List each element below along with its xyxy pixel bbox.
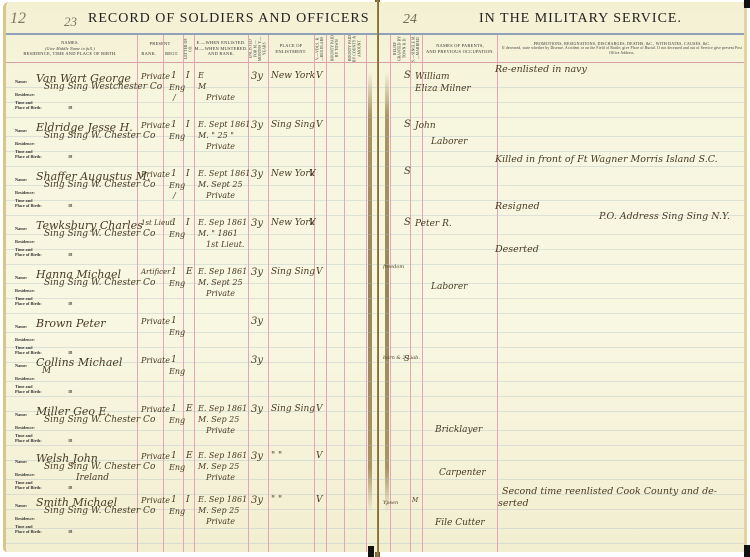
soldier-regt: Eng <box>169 507 185 516</box>
soldier-place: Sing Sing <box>271 267 315 277</box>
parent-name: Eliza Milner <box>415 84 471 94</box>
soldier-vol: V <box>316 267 323 277</box>
soldier-mustered: M. " 25 " <box>198 131 234 140</box>
remarks-entry: freedom Laborer Deserted <box>379 264 747 313</box>
residence-label: Residence: <box>15 337 35 342</box>
soldier-regt: 1 <box>171 355 177 365</box>
soldier-term: 3y <box>251 404 263 415</box>
soldier-birthplace: Ireland <box>76 473 109 483</box>
soldier-regt: 1 <box>171 120 177 130</box>
scan-mark <box>744 545 750 557</box>
parent-name: Peter R. <box>415 219 452 229</box>
soldier-regt: 1 <box>171 267 177 277</box>
soldier-rank: Private <box>141 72 170 81</box>
soldier-rank: Private <box>141 405 170 414</box>
right-page: 24 IN THE MILITARY SERVICE. Relief grant… <box>379 2 747 552</box>
name-label: Name: <box>15 459 27 464</box>
marital-status: S <box>404 217 411 228</box>
soldier-mustered-rank: Private <box>206 473 235 482</box>
soldier-regt: 1 <box>171 404 177 414</box>
soldier-entry: Name: Residence: Time and Place of Birth… <box>6 68 377 117</box>
soldier-term: 3y <box>251 169 263 180</box>
birth-label: Place of Birth: <box>15 203 42 208</box>
soldier-mustered: M <box>198 82 206 91</box>
soldier-vol: V <box>316 120 323 130</box>
soldier-regt: 1 <box>171 495 177 505</box>
soldier-regt: Eng <box>169 367 185 376</box>
remarks-entry: born & 2 Liab. S <box>379 352 747 401</box>
soldier-entry: Name: Residence: Time and Place of Birth… <box>6 492 377 541</box>
year-prefix: 18 <box>68 529 72 534</box>
when-enlisted-header: E.—WHEN ENLISTED. M.—WHEN MUSTERED. AND … <box>194 35 248 62</box>
soldier-rank: Private <box>141 356 170 365</box>
soldier-company: I <box>186 218 190 228</box>
soldier-regt: 1 <box>171 169 177 179</box>
service-remark: serted <box>498 498 529 509</box>
relief-note: freedom <box>383 264 404 270</box>
remarks-entry: Ypsen M File Cutter Second time reenlist… <box>379 492 747 541</box>
soldier-regt: Eng <box>169 132 185 141</box>
name-label: Name: <box>15 363 27 368</box>
previous-occupation: File Cutter <box>435 518 485 528</box>
present-header: PRESENT <box>137 41 183 47</box>
soldier-entry: Name: Residence: Time and Place of Birth… <box>6 117 377 166</box>
residence-label: Residence: <box>15 425 35 430</box>
soldier-entry: Name: Residence: Time and Place of Birth… <box>6 401 377 450</box>
birth-label: Place of Birth: <box>15 252 42 257</box>
remarks-entry: S William Eliza Milner Re-enlisted in na… <box>379 68 747 117</box>
ledger-spread: 12 23 RECORD OF SOLDIERS AND OFFICERS NA… <box>0 0 750 557</box>
marital-status: S <box>404 70 411 81</box>
soldier-mustered: M. Sep 25 <box>198 462 239 471</box>
residence-label: Residence: <box>15 376 35 381</box>
name-label: Name: <box>15 226 27 231</box>
soldier-vol: V <box>316 451 323 461</box>
page-scribble: 23 <box>64 14 77 30</box>
soldier-company: E <box>186 267 193 277</box>
soldier-residence: M <box>42 366 51 376</box>
soldier-company: I <box>186 169 190 179</box>
soldier-company: I <box>186 71 190 81</box>
service-remark: Deserted <box>495 244 539 255</box>
birth-label: Place of Birth: <box>15 154 42 159</box>
birth-label: Place of Birth: <box>15 529 42 534</box>
soldier-regt: 1 <box>171 218 177 228</box>
soldier-residence: Sing Sing W. Chester Co <box>44 131 155 141</box>
soldier-entry: Name: Residence: Time and Place of Birth… <box>6 448 377 497</box>
soldier-vol: V <box>309 169 316 179</box>
year-prefix: 18 <box>68 252 72 257</box>
previous-occupation: Laborer <box>431 137 467 147</box>
soldier-entry: Name: Residence: Time and Place of Birth… <box>6 352 377 401</box>
soldier-regt: Eng <box>169 279 185 288</box>
previous-occupation: Bricklayer <box>435 425 482 435</box>
header-bottom-rule <box>6 62 377 63</box>
name-label: Name: <box>15 79 27 84</box>
residence-label: Residence: <box>15 516 35 521</box>
soldier-company: E <box>186 451 193 461</box>
enlisted-for-header: Enlisted for M.—Months Y.—Years <box>249 35 267 62</box>
rank-header: RANK. <box>141 51 156 57</box>
soldier-residence: Sing Sing W. Chester Co <box>44 229 155 239</box>
soldier-place: " " <box>271 451 282 461</box>
year-prefix: 18 <box>68 105 72 110</box>
residence-label: Residence: <box>15 92 35 97</box>
soldier-regt: 1 <box>171 71 177 81</box>
soldier-regt: 1 <box>171 451 177 461</box>
name-label: Name: <box>15 275 27 280</box>
soldier-rank: Private <box>141 452 170 461</box>
names-header-desc: RESIDENCE, TIME AND PLACE OF BIRTH. <box>6 51 134 57</box>
parent-name: William <box>415 72 450 82</box>
page-number: 24 <box>403 12 417 28</box>
soldier-rank: Private <box>141 121 170 130</box>
soldier-place: " " <box>271 495 282 505</box>
soldier-regt: / <box>173 191 176 200</box>
soldier-mustered-rank: Private <box>206 142 235 151</box>
soldier-term: 3y <box>251 495 263 506</box>
soldier-regt: Eng <box>169 328 185 337</box>
previous-occupation: Laborer <box>431 282 467 292</box>
marital-status: S <box>404 166 411 177</box>
occupation-header: AND PREVIOUS OCCUPATION. <box>423 49 497 55</box>
marital-status: S <box>404 354 409 363</box>
remarks-entry: Bricklayer <box>379 401 747 450</box>
regt-header: REGT. <box>165 51 179 57</box>
soldier-regt: / <box>173 93 176 102</box>
birth-label: Place of Birth: <box>15 105 42 110</box>
soldier-residence: Sing Sing W. Chester Co <box>44 278 155 288</box>
soldier-enlisted: E. Sep 1861 <box>198 495 247 504</box>
soldier-name: Brown Peter <box>36 317 106 330</box>
residence-label: Residence: <box>15 190 35 195</box>
soldier-rank: Private <box>141 170 170 179</box>
and-rank-line: AND RANK. <box>194 51 248 57</box>
soldier-company: I <box>186 120 190 130</box>
name-label: Name: <box>15 324 27 329</box>
service-remark: Re-enlisted in navy <box>495 64 587 75</box>
year-prefix: 18 <box>68 438 72 443</box>
page-title: RECORD OF SOLDIERS AND OFFICERS <box>88 11 370 27</box>
year-prefix: 18 <box>68 389 72 394</box>
soldier-regt: Eng <box>169 230 185 239</box>
soldier-enlisted: E. Sep 1861 <box>198 267 247 276</box>
soldier-vol: V <box>309 218 316 228</box>
year-prefix: 18 <box>68 154 72 159</box>
soldier-enlisted: E. Sept 1861 <box>198 169 250 178</box>
place-of-enlistment-header: PLACE OF ENLISTMENT. <box>268 35 314 62</box>
vols-regulars-header: V.—Vols. R.—Regulars <box>314 35 326 62</box>
soldier-rank: Artificer <box>141 268 171 276</box>
single-married-header: S.—Single M.—Married <box>410 35 422 62</box>
year-prefix: 18 <box>68 301 72 306</box>
soldier-vol: V <box>316 495 323 505</box>
soldier-term: 3y <box>251 218 263 229</box>
soldier-regt: Eng <box>169 416 185 425</box>
present-column-header: PRESENT RANK. REGT. <box>137 35 183 62</box>
soldier-term: 3y <box>251 355 263 366</box>
soldier-mustered: M. " 1861 <box>198 229 238 238</box>
soldier-rank: 1st Lieut <box>141 219 172 227</box>
service-remark: Killed in front of Ft Wagner Morris Isla… <box>495 154 718 165</box>
scan-mark <box>368 546 374 557</box>
relief-note: Ypsen <box>383 500 398 506</box>
name-label: Name: <box>15 412 27 417</box>
soldier-entry: Name: Residence: Time and Place of Birth… <box>6 264 377 313</box>
soldier-mustered-rank: 1st Lieut. <box>206 240 244 249</box>
place-header-2: ENLISTMENT. <box>268 49 314 55</box>
promotions-instructions: If deceased, state whether by Disease, A… <box>497 46 747 55</box>
soldier-mustered: M. Sep 25 <box>198 415 239 424</box>
soldier-mustered-rank: Private <box>206 191 235 200</box>
bounty-town-header: Bounty Paid by Town <box>326 35 344 62</box>
soldier-mustered: M. Sept 25 <box>198 180 243 189</box>
name-label: Name: <box>15 177 27 182</box>
name-label: Name: <box>15 503 27 508</box>
soldier-place: New York <box>271 71 315 81</box>
soldier-term: 3y <box>251 316 263 327</box>
page-number: 12 <box>10 10 26 28</box>
soldier-rank: Private <box>141 317 170 326</box>
soldier-enlisted: E. Sep 1861 <box>198 451 247 460</box>
soldier-term: 3y <box>251 120 263 131</box>
remarks-entry: S Peter R. Resigned P.O. Address Sing Si… <box>379 215 747 264</box>
soldier-place: Sing Sing <box>271 404 315 414</box>
soldier-mustered-rank: Private <box>206 426 235 435</box>
soldier-entry: Name: Residence: Time and Place of Birth… <box>6 215 377 264</box>
soldier-company: E <box>186 404 193 414</box>
previous-occupation: Carpenter <box>439 468 486 478</box>
soldier-residence: Sing Sing W. Chester Co <box>44 462 155 472</box>
birth-label: Place of Birth: <box>15 389 42 394</box>
soldier-term: 3y <box>251 267 263 278</box>
soldier-rank: Private <box>141 496 170 505</box>
soldier-mustered: M. Sept 25 <box>198 278 243 287</box>
soldier-enlisted: E. Sep 1861 <box>198 218 247 227</box>
residence-label: Residence: <box>15 288 35 293</box>
soldier-residence: Sing Sing W. Chester Co <box>44 180 155 190</box>
service-remark: Resigned <box>495 201 540 212</box>
year-prefix: 18 <box>68 485 72 490</box>
page-title: IN THE MILITARY SERVICE. <box>479 11 682 27</box>
parents-column-header: NAMES OF PARENTS, AND PREVIOUS OCCUPATIO… <box>423 35 497 62</box>
soldier-place: Sing Sing <box>271 120 315 130</box>
soldier-mustered: M. Sep 25 <box>198 506 239 515</box>
soldier-vol: V <box>316 71 323 81</box>
remarks-entry: S Killed in front of Ft Wagner Morris Is… <box>379 166 747 215</box>
soldier-enlisted: E. Sept 1861 <box>198 120 250 129</box>
soldier-vol: V <box>316 404 323 414</box>
soldier-enlisted: E <box>198 71 204 80</box>
bounty-county-header: Bounty Paid by County & Amount <box>344 35 366 62</box>
names-column-header: NAMES. (Give Middle Name in full.) RESID… <box>6 35 134 62</box>
residence-label: Residence: <box>15 472 35 477</box>
soldier-residence: Sing Sing W. Chester Co <box>44 415 155 425</box>
birth-label: Place of Birth: <box>15 485 42 490</box>
letter-of-co-header: Letter of Co. <box>183 35 194 62</box>
residence-label: Residence: <box>15 239 35 244</box>
marital-status: M <box>412 497 418 504</box>
soldier-company: I <box>186 495 190 505</box>
soldier-term: 3y <box>251 71 263 82</box>
birth-label: Place of Birth: <box>15 301 42 306</box>
soldier-term: 3y <box>251 451 263 462</box>
post-office-address: P.O. Address Sing Sing N.Y. <box>599 211 730 222</box>
soldier-mustered-rank: Private <box>206 517 235 526</box>
header-bottom-rule <box>379 62 747 63</box>
birth-label: Place of Birth: <box>15 438 42 443</box>
soldier-regt: Eng <box>169 181 185 190</box>
parent-name: John <box>415 121 436 131</box>
residence-label: Residence: <box>15 141 35 146</box>
promotions-column-header: PROMOTIONS, RESIGNATIONS, DISCHARGES, DE… <box>497 35 747 62</box>
soldier-regt: 1 <box>171 316 177 326</box>
service-remark: Second time reenlisted Cook County and d… <box>502 486 717 497</box>
name-label: Name: <box>15 128 27 133</box>
soldier-entry: Name: Residence: Time and Place of Birth… <box>6 166 377 215</box>
soldier-mustered-rank: Private <box>206 93 235 102</box>
relief-note: born & 2 Liab. <box>383 355 420 361</box>
soldier-residence: Sing Sing W. Chester Co <box>44 506 155 516</box>
relief-header: Relief granted by Town & D <box>390 35 410 62</box>
marital-status: S <box>404 119 411 130</box>
soldier-residence: Sing Sing Westchester Co <box>44 82 162 92</box>
soldier-mustered-rank: Private <box>206 289 235 298</box>
year-prefix: 18 <box>68 203 72 208</box>
soldier-enlisted: E. Sep 1861 <box>198 404 247 413</box>
soldier-regt: Eng <box>169 463 185 472</box>
soldier-regt: Eng <box>169 83 185 92</box>
scan-mark <box>744 0 750 8</box>
left-page: 12 23 RECORD OF SOLDIERS AND OFFICERS NA… <box>3 2 377 552</box>
